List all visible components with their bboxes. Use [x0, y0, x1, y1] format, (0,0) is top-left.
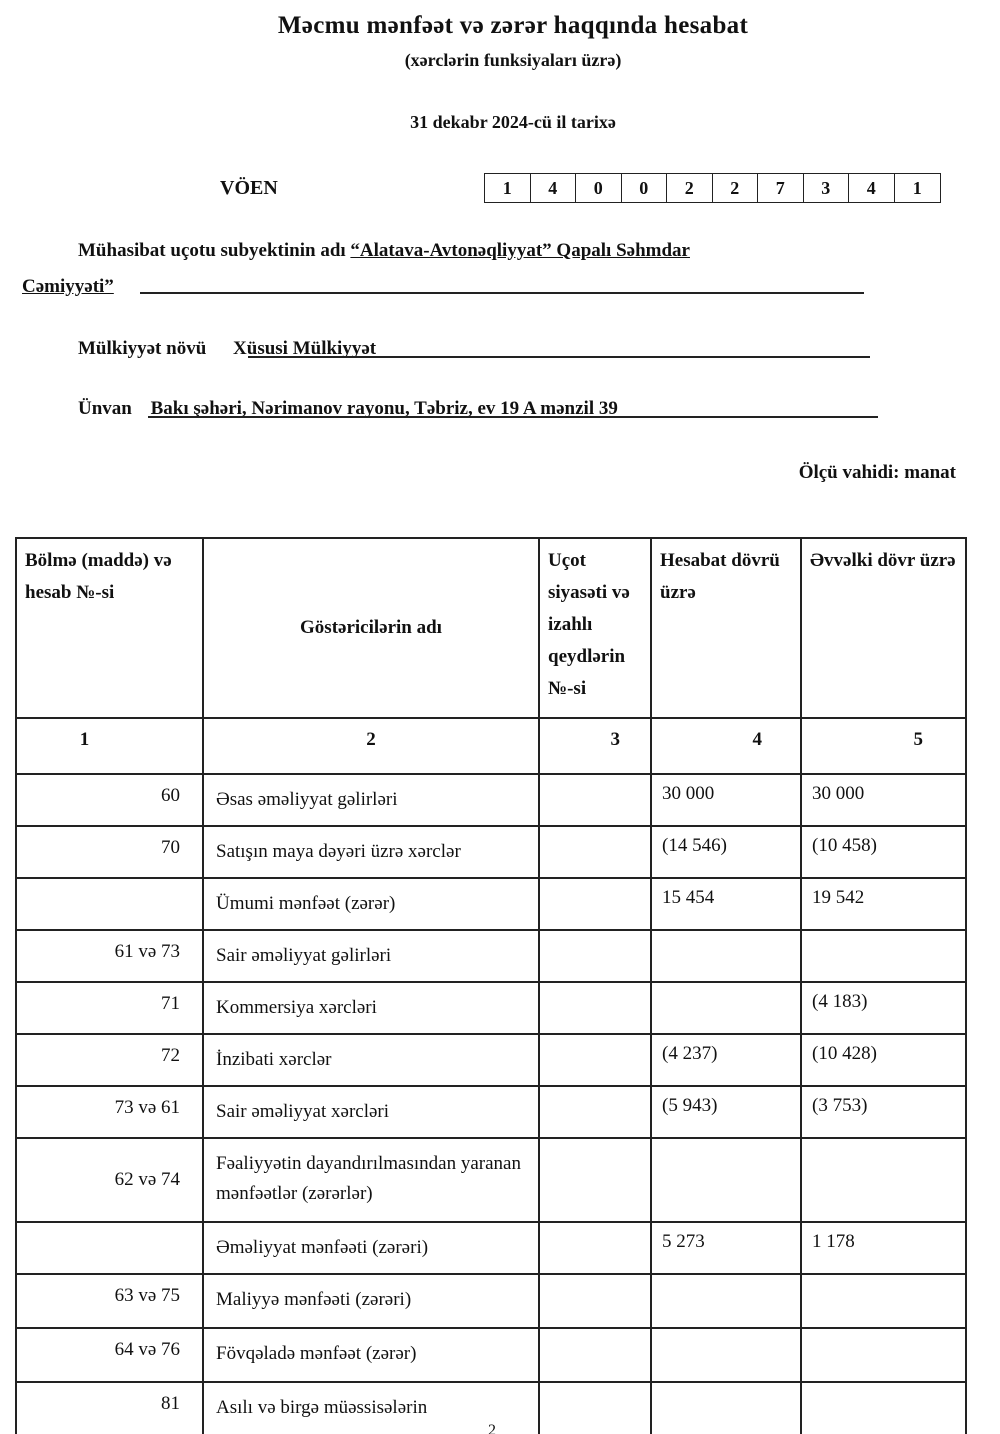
address-underline — [148, 416, 878, 418]
account-code — [16, 1222, 203, 1274]
column-number: 1 — [16, 718, 203, 774]
voen-digit: 1 — [895, 174, 941, 202]
table-row: 73 və 61Sair əməliyyat xərcləri(5 943)(3… — [16, 1086, 966, 1138]
note-number — [539, 1274, 651, 1328]
current-period-value — [651, 930, 801, 982]
column-number: 3 — [539, 718, 651, 774]
table-row: 64 və 76Fövqəladə mənfəət (zərər) — [16, 1328, 966, 1382]
note-number — [539, 930, 651, 982]
current-period-value — [651, 1382, 801, 1434]
entity-value-continued: Cəmiyyəti” — [22, 276, 114, 297]
voen-digit: 0 — [622, 174, 668, 202]
table-row: 63 və 75Maliyyə mənfəəti (zərəri) — [16, 1274, 966, 1328]
previous-period-value — [801, 1138, 966, 1222]
previous-period-value — [801, 1328, 966, 1382]
header-previous: Əvvəlki dövr üzrə — [801, 538, 966, 718]
note-number — [539, 1138, 651, 1222]
previous-period-value: 30 000 — [801, 774, 966, 826]
current-period-value — [651, 1328, 801, 1382]
report-title: Məcmu mənfəət və zərər haqqında hesabat — [0, 12, 1000, 40]
address-label: Ünvan — [78, 398, 132, 419]
column-number: 4 — [651, 718, 801, 774]
indicator-name: Satışın maya dəyəri üzrə xərclər — [203, 826, 539, 878]
previous-period-value: (10 428) — [801, 1034, 966, 1086]
indicator-name: Ümumi mənfəət (zərər) — [203, 878, 539, 930]
voen-label: VÖEN — [220, 177, 278, 200]
table-row: 60Əsas əməliyyat gəlirləri30 00030 000 — [16, 774, 966, 826]
account-code: 63 və 75 — [16, 1274, 203, 1328]
header-code: Bölmə (maddə) və hesab №-si — [16, 538, 203, 718]
voen-digit: 7 — [758, 174, 804, 202]
current-period-value: (4 237) — [651, 1034, 801, 1086]
note-number — [539, 1034, 651, 1086]
previous-period-value: (4 183) — [801, 982, 966, 1034]
indicator-name: Kommersiya xərcləri — [203, 982, 539, 1034]
note-number — [539, 1222, 651, 1274]
note-number — [539, 1328, 651, 1382]
account-code: 81 — [16, 1382, 203, 1434]
previous-period-value — [801, 1382, 966, 1434]
report-date: 31 dekabr 2024-cü il tarixə — [0, 112, 1000, 133]
entity-name-row-2: Cəmiyyəti” — [22, 276, 114, 298]
indicator-name: Fövqəladə mənfəət (zərər) — [203, 1328, 539, 1382]
voen-digit: 2 — [667, 174, 713, 202]
current-period-value: 5 273 — [651, 1222, 801, 1274]
current-period-value: 15 454 — [651, 878, 801, 930]
column-number: 2 — [203, 718, 539, 774]
previous-period-value — [801, 930, 966, 982]
previous-period-value: 19 542 — [801, 878, 966, 930]
ownership-underline — [248, 356, 870, 358]
note-number — [539, 982, 651, 1034]
page-number: 2 — [488, 1422, 496, 1434]
account-code — [16, 878, 203, 930]
voen-digit: 3 — [804, 174, 850, 202]
entity-value: “Alatava-Avtonəqliyyat” Qapalı Səhmdar — [350, 240, 690, 261]
table-row: 61 və 73Sair əməliyyat gəlirləri — [16, 930, 966, 982]
note-number — [539, 1382, 651, 1434]
account-code: 60 — [16, 774, 203, 826]
account-code: 61 və 73 — [16, 930, 203, 982]
indicator-name: Sair əməliyyat xərcləri — [203, 1086, 539, 1138]
indicator-name: Əsas əməliyyat gəlirləri — [203, 774, 539, 826]
table-row: Əməliyyat mənfəəti (zərəri)5 2731 178 — [16, 1222, 966, 1274]
table-row: 72İnzibati xərclər(4 237)(10 428) — [16, 1034, 966, 1086]
note-number — [539, 1086, 651, 1138]
account-code: 71 — [16, 982, 203, 1034]
current-period-value — [651, 1138, 801, 1222]
indicator-name: İnzibati xərclər — [203, 1034, 539, 1086]
account-code: 64 və 76 — [16, 1328, 203, 1382]
entity-name-row: Mühasibat uçotu subyektinin adı “Alatava… — [78, 240, 690, 262]
column-number: 5 — [801, 718, 966, 774]
column-number-row: 1 2 3 4 5 — [16, 718, 966, 774]
table-row: Ümumi mənfəət (zərər)15 45419 542 — [16, 878, 966, 930]
entity-label: Mühasibat uçotu subyektinin adı — [78, 240, 346, 261]
table-row: 71Kommersiya xərcləri(4 183) — [16, 982, 966, 1034]
voen-digit: 4 — [531, 174, 577, 202]
note-number — [539, 878, 651, 930]
header-note: Uçot siyasəti və izahlı qeydlərin №-si — [539, 538, 651, 718]
note-number — [539, 826, 651, 878]
previous-period-value — [801, 1274, 966, 1328]
ownership-label: Mülkiyyət növü — [78, 338, 206, 359]
voen-digit-boxes: 1400227341 — [484, 173, 941, 203]
unit-of-measure: Ölçü vahidi: manat — [799, 462, 956, 484]
current-period-value — [651, 982, 801, 1034]
indicator-name: Əməliyyat mənfəəti (zərəri) — [203, 1222, 539, 1274]
current-period-value: 30 000 — [651, 774, 801, 826]
income-statement-table: Bölmə (maddə) və hesab №-si Göstəricilər… — [15, 537, 967, 1434]
current-period-value: (14 546) — [651, 826, 801, 878]
current-period-value: (5 943) — [651, 1086, 801, 1138]
indicator-name: Sair əməliyyat gəlirləri — [203, 930, 539, 982]
current-period-value — [651, 1274, 801, 1328]
header-name: Göstəricilərin adı — [203, 538, 539, 718]
table-row: 70Satışın maya dəyəri üzrə xərclər(14 54… — [16, 826, 966, 878]
header-current: Hesabat dövrü üzrə — [651, 538, 801, 718]
report-subtitle: (xərclərin funksiyaları üzrə) — [0, 50, 1000, 71]
voen-digit: 1 — [485, 174, 531, 202]
account-code: 73 və 61 — [16, 1086, 203, 1138]
previous-period-value: (10 458) — [801, 826, 966, 878]
table-row: 62 və 74Fəaliyyətin dayandırılmasından y… — [16, 1138, 966, 1222]
entity-underline — [140, 292, 864, 294]
indicator-name: Maliyyə mənfəəti (zərəri) — [203, 1274, 539, 1328]
voen-digit: 0 — [576, 174, 622, 202]
previous-period-value: (3 753) — [801, 1086, 966, 1138]
voen-digit: 4 — [849, 174, 895, 202]
note-number — [539, 774, 651, 826]
table-header-row: Bölmə (maddə) və hesab №-si Göstəricilər… — [16, 538, 966, 718]
account-code: 62 və 74 — [16, 1138, 203, 1222]
indicator-name: Fəaliyyətin dayandırılmasından yaranan m… — [203, 1138, 539, 1222]
account-code: 70 — [16, 826, 203, 878]
previous-period-value: 1 178 — [801, 1222, 966, 1274]
account-code: 72 — [16, 1034, 203, 1086]
voen-digit: 2 — [713, 174, 759, 202]
